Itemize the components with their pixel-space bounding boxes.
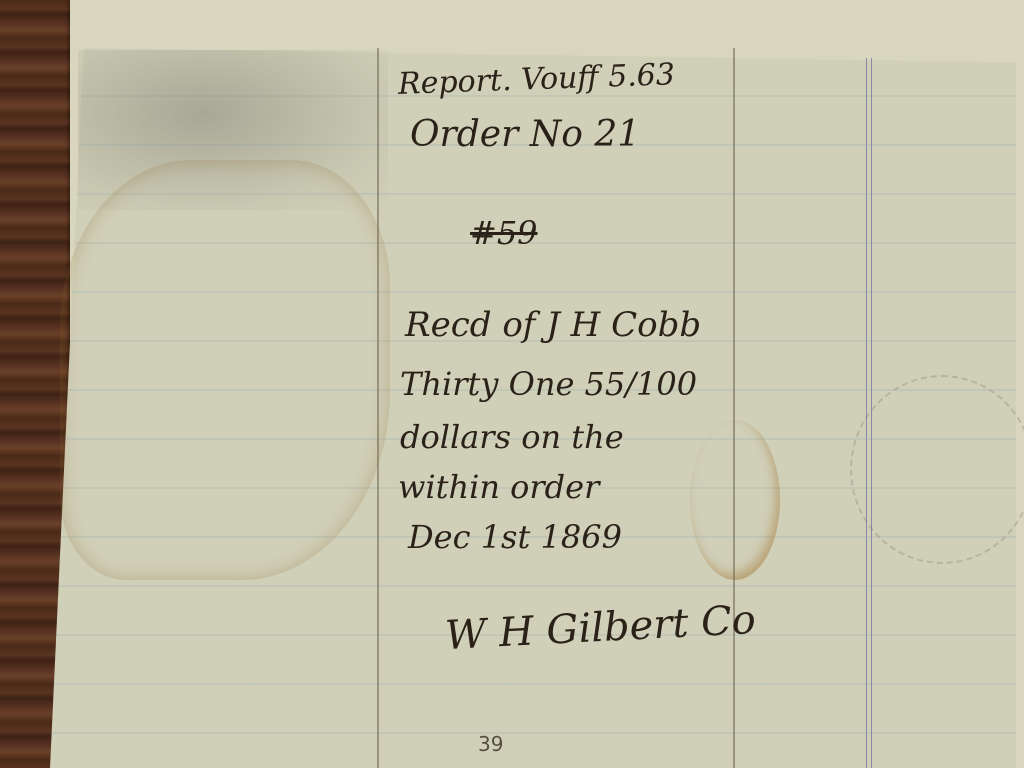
receipt-line-4: within order (398, 468, 599, 506)
document-number: #59 (470, 214, 538, 252)
fold-line-right (733, 48, 735, 768)
receipt-line-1: Recd of J H Cobb (405, 305, 701, 345)
page-number: 39 (478, 732, 503, 756)
embossed-stamp (850, 375, 1024, 564)
receipt-line-2: Thirty One 55/100 (400, 365, 697, 403)
receipt-date: Dec 1st 1869 (408, 518, 622, 556)
receipt-line-3: dollars on the (400, 418, 624, 456)
grime-stain (78, 50, 388, 210)
header-order-number: Order No 21 (410, 114, 640, 155)
water-stain-right (690, 420, 780, 580)
fold-line-left (377, 48, 379, 768)
